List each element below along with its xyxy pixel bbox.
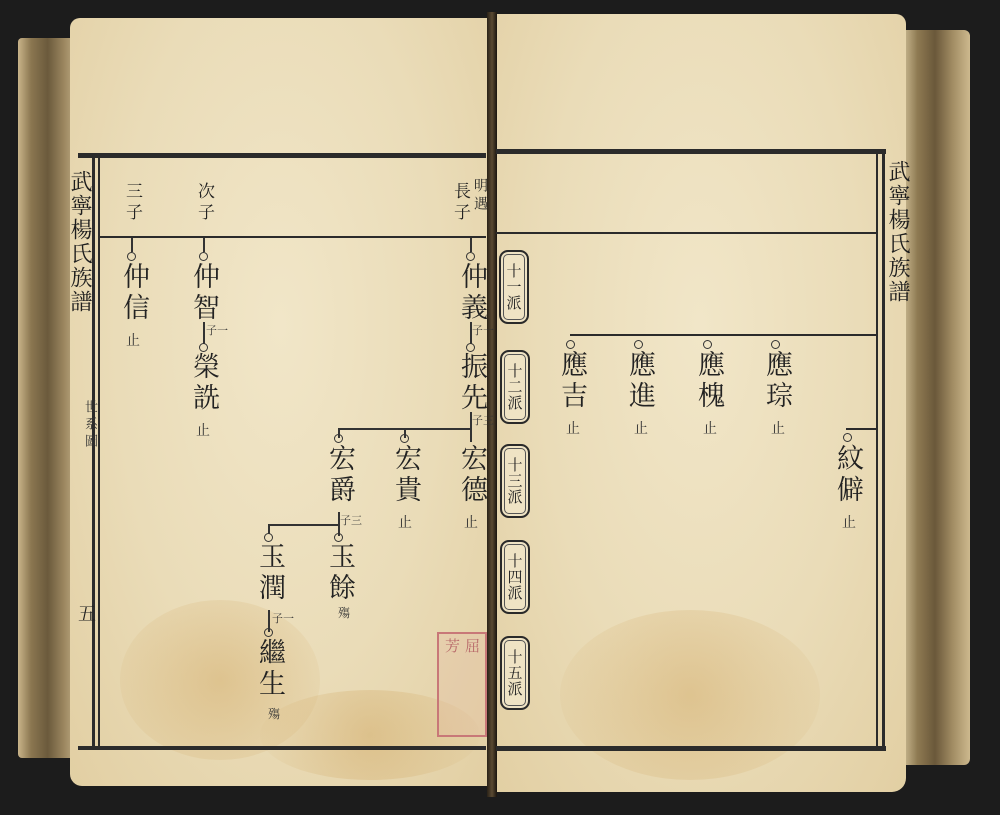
status-wenpi: 止	[842, 512, 856, 532]
status-yinghuai: 止	[703, 418, 717, 438]
annotation-yurun: 子一	[272, 610, 294, 626]
seal-col-2: 屈	[463, 638, 481, 731]
node-marker	[703, 340, 712, 349]
person-hongjue: 宏爵	[324, 444, 354, 506]
node-marker	[466, 252, 475, 261]
person-honggui: 宏貴	[390, 444, 420, 506]
person-zhongxin: 仲信	[118, 262, 148, 324]
node-marker	[199, 252, 208, 261]
spine-title-left: 武寧楊氏族譜	[64, 170, 95, 314]
book-gutter	[487, 12, 497, 797]
right-inner-border-thin	[876, 150, 878, 748]
node-marker	[843, 433, 852, 442]
connector	[470, 412, 472, 442]
connector	[203, 238, 205, 252]
status-zhongxin: 止	[126, 330, 140, 350]
sibling-bar	[268, 524, 338, 526]
person-yinghuai: 應槐	[693, 350, 723, 412]
generation-badge-14: 十四派	[500, 540, 530, 614]
status-yingjin: 止	[634, 418, 648, 438]
node-marker	[334, 434, 343, 443]
generation-badge-11: 十一派	[499, 250, 529, 324]
connector	[131, 238, 133, 252]
node-marker	[634, 340, 643, 349]
person-yingcong: 應琮	[761, 350, 791, 412]
node-marker	[566, 340, 575, 349]
header-third-son: 三子	[120, 182, 145, 224]
node-marker	[199, 343, 208, 352]
annotation-zhenxian: 子三	[472, 412, 494, 428]
person-zhongyi: 仲義	[456, 262, 486, 324]
generation-badge-12: 十二派	[500, 350, 530, 424]
node-marker	[264, 533, 273, 542]
status-jisheng: 殤	[268, 705, 280, 722]
left-inner-border-thin	[98, 155, 100, 748]
person-yingji: 應吉	[556, 350, 586, 412]
generation-bar-2	[846, 428, 876, 430]
person-yingjin: 應進	[624, 350, 654, 412]
bottom-border-right	[496, 746, 886, 751]
top-border	[78, 153, 486, 158]
header-divider	[98, 236, 486, 238]
node-marker	[466, 343, 475, 352]
connector	[203, 322, 205, 344]
status-hongde: 止	[464, 512, 478, 532]
top-border-right	[496, 149, 886, 154]
person-zhongzhi: 仲智	[188, 262, 218, 324]
generation-badge-15: 十五派	[500, 636, 530, 710]
connector	[470, 322, 472, 344]
status-yingji: 止	[566, 418, 580, 438]
node-marker	[334, 533, 343, 542]
spine-title-right: 武寧楊氏族譜	[882, 160, 913, 304]
generation-badge-13: 十三派	[500, 444, 530, 518]
person-wenpi: 紋僻	[832, 444, 862, 506]
header-second-son: 次子	[192, 182, 217, 224]
status-yingcong: 止	[771, 418, 785, 438]
annotation-hongjue: 子三	[340, 512, 362, 528]
person-hongde: 宏德	[456, 444, 486, 506]
father-name: 明遇	[470, 178, 490, 214]
page-number: 五	[78, 600, 96, 626]
connector	[470, 238, 472, 252]
generation-bar	[570, 334, 876, 336]
node-marker	[264, 628, 273, 637]
status-rongshen: 止	[196, 420, 210, 440]
seal-col-1: 芳	[443, 638, 461, 731]
annotation-zhongyi: 子一	[472, 322, 494, 338]
spine-subtitle: 世系圖	[80, 400, 99, 451]
node-marker	[127, 252, 136, 261]
water-stain	[560, 610, 820, 780]
node-marker	[400, 434, 409, 443]
node-marker	[771, 340, 780, 349]
header-divider-right	[496, 232, 876, 234]
person-zhenxian: 振先	[456, 352, 486, 414]
right-page-edges	[900, 30, 970, 765]
annotation-zhongzhi: 子一	[206, 322, 228, 338]
person-jisheng: 繼生	[254, 638, 284, 700]
person-yurun: 玉潤	[254, 542, 284, 604]
status-honggui: 止	[398, 512, 412, 532]
bottom-border	[78, 746, 486, 750]
status-yuyu: 殤	[338, 604, 350, 621]
person-rongshen: 榮詵	[188, 352, 218, 414]
collector-seal: 芳 屈	[437, 632, 487, 737]
person-yuyu: 玉餘	[324, 542, 354, 604]
